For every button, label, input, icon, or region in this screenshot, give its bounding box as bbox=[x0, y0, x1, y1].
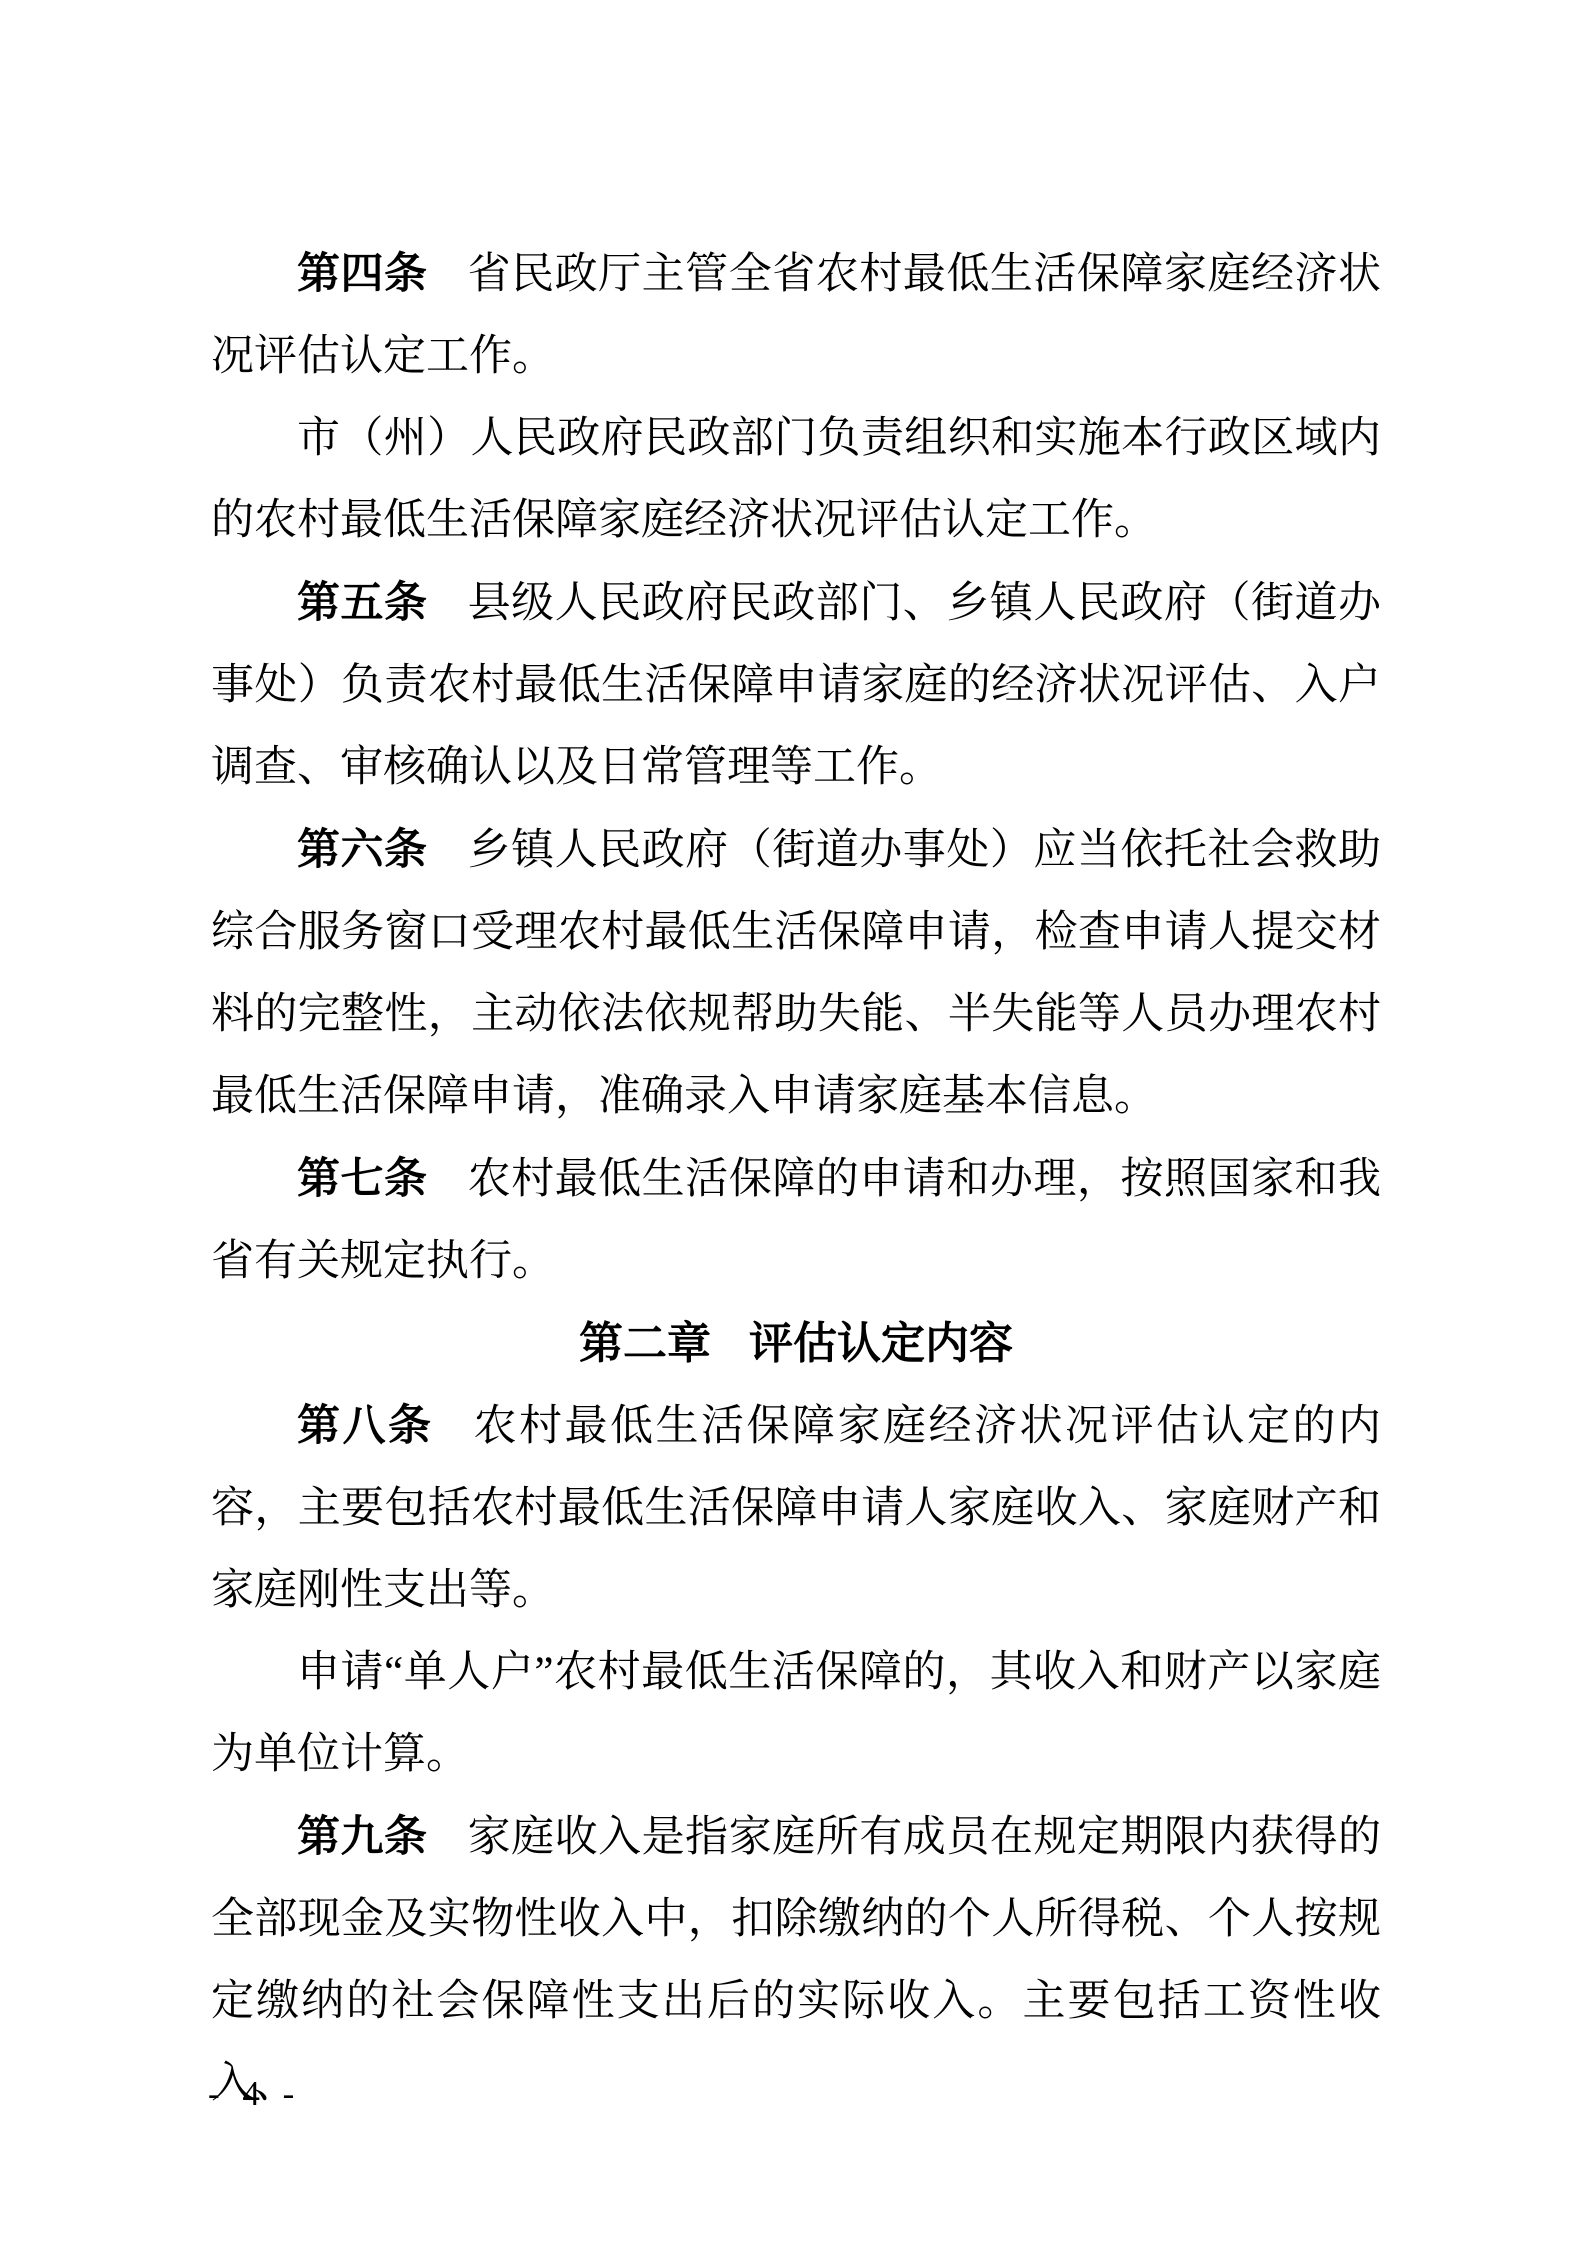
article-paragraph: 第五条县级人民政府民政部门、乡镇人民政府（街道办事处）负责农村最低生活保障申请家… bbox=[211, 562, 1381, 809]
body-paragraph: 市（州）人民政府民政部门负责组织和实施本行政区域内的农村最低生活保障家庭经济状况… bbox=[211, 398, 1381, 562]
body-paragraph: 申请“单人户”农村最低生活保障的，其收入和财产以家庭为单位计算。 bbox=[211, 1632, 1381, 1796]
document-body: 第四条省民政厅主管全省农村最低生活保障家庭经济状况评估认定工作。市（州）人民政府… bbox=[211, 0, 1381, 2125]
article-paragraph: 第七条农村最低生活保障的申请和办理，按照国家和我省有关规定执行。 bbox=[211, 1138, 1381, 1303]
article-number: 第七条 bbox=[297, 1155, 428, 1203]
chapter-heading: 第二章评估认定内容 bbox=[211, 1303, 1381, 1385]
article-paragraph: 第六条乡镇人民政府（街道办事处）应当依托社会救助综合服务窗口受理农村最低生活保障… bbox=[211, 809, 1381, 1138]
page-number: - 4 - bbox=[208, 2072, 301, 2116]
paragraph-text: 市（州）人民政府民政部门负责组织和实施本行政区域内的农村最低生活保障家庭经济状况… bbox=[211, 415, 1381, 544]
article-number: 第九条 bbox=[297, 1813, 428, 1861]
article-paragraph: 第九条家庭收入是指家庭所有成员在规定期限内获得的全部现金及实物性收入中，扣除缴纳… bbox=[211, 1796, 1381, 2125]
article-paragraph: 第八条农村最低生活保障家庭经济状况评估认定的内容，主要包括农村最低生活保障申请人… bbox=[211, 1385, 1381, 1632]
chapter-title: 评估认定内容 bbox=[749, 1319, 1013, 1368]
article-number: 第五条 bbox=[297, 579, 428, 627]
article-number: 第四条 bbox=[297, 250, 428, 298]
chapter-number: 第二章 bbox=[579, 1319, 711, 1368]
article-number: 第八条 bbox=[297, 1402, 434, 1450]
article-paragraph: 第四条省民政厅主管全省农村最低生活保障家庭经济状况评估认定工作。 bbox=[211, 233, 1381, 398]
article-number: 第六条 bbox=[297, 826, 428, 874]
paragraph-text: 申请“单人户”农村最低生活保障的，其收入和财产以家庭为单位计算。 bbox=[211, 1649, 1381, 1778]
